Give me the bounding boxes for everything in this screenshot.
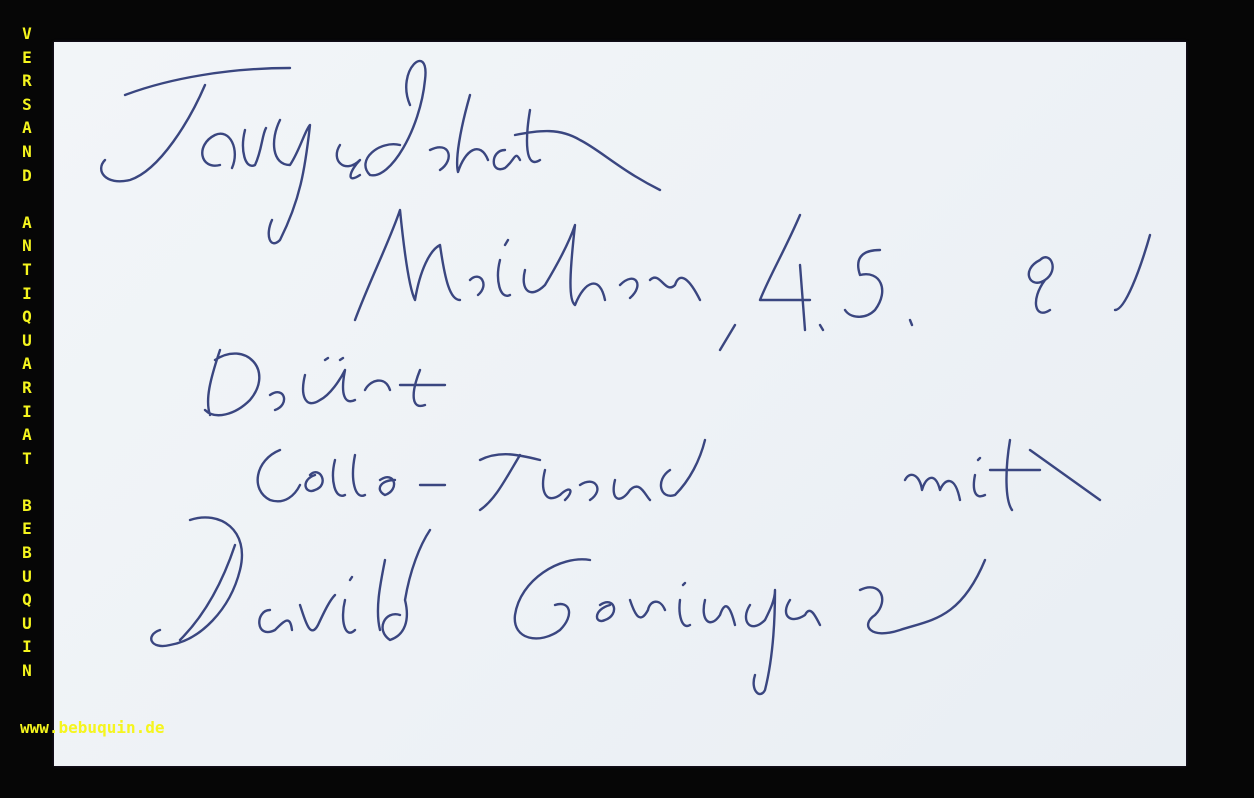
watermark-url: www.bebuquin.de: [20, 718, 165, 737]
handwriting-strokes: [0, 0, 1254, 798]
